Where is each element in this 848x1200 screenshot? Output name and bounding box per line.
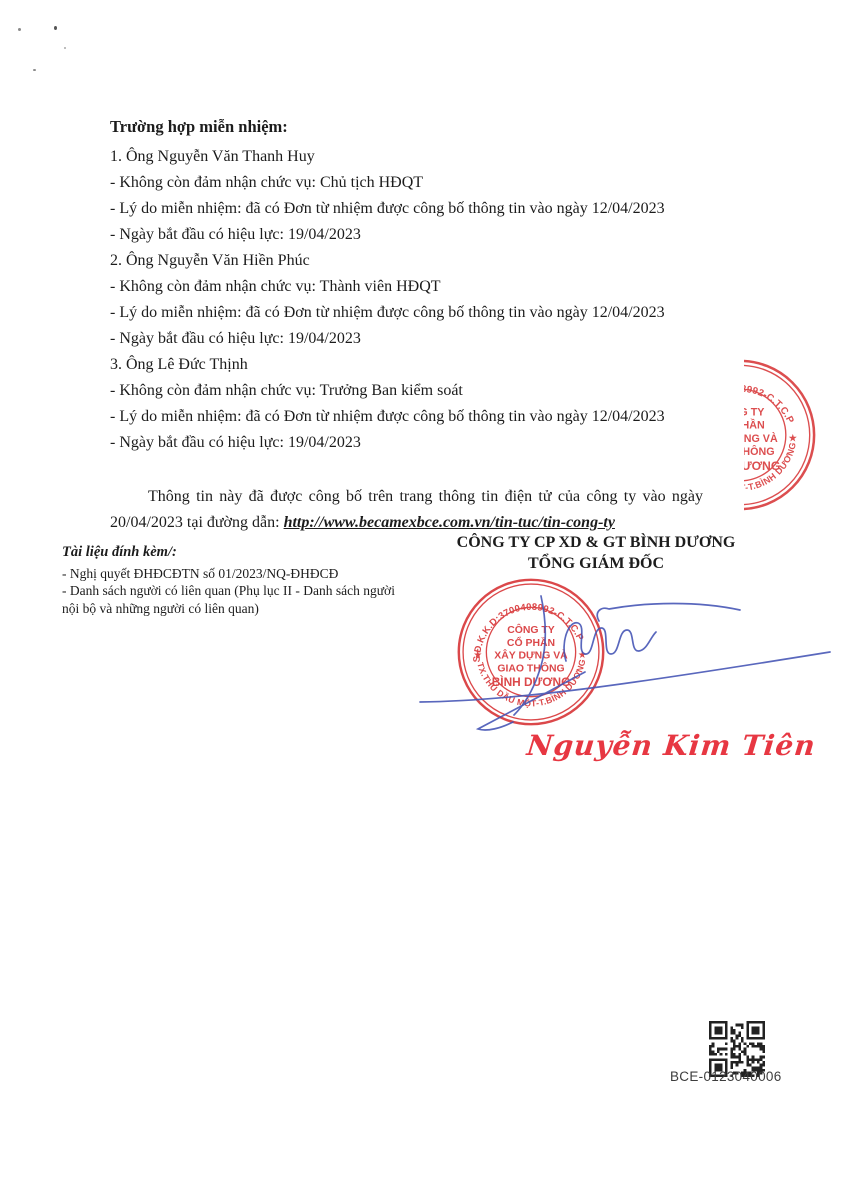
scan-speck [33,69,36,71]
scan-speck [54,26,57,30]
seal-star-left-icon: ★ [474,650,483,660]
attachments-title: Tài liệu đính kèm/: [62,544,406,562]
attachment-item: - Nghị quyết ĐHĐCĐTN số 01/2023/NQ-ĐHĐCĐ [62,565,406,583]
case-line: - Lý do miễn nhiệm: đã có Đơn từ nhiệm đ… [110,404,758,430]
svg-text:XÂY DỰNG VÀ: XÂY DỰNG VÀ [494,649,568,662]
svg-text:BÌNH DƯƠNG: BÌNH DƯƠNG [744,458,780,473]
svg-text:GIAO THÔNG: GIAO THÔNG [497,661,564,674]
attachments-block: Tài liệu đính kèm/: - Nghị quyết ĐHĐCĐTN… [62,544,406,617]
case-line: - Không còn đảm nhận chức vụ: Chủ tịch H… [110,170,758,196]
case-name: 3. Ông Lê Đức Thịnh [110,352,758,378]
attachment-item: - Danh sách người có liên quan (Phụ lục … [62,582,406,617]
signer-role-heading: TỔNG GIÁM ĐỐC [450,553,742,574]
case-line: - Không còn đảm nhận chức vụ: Trưởng Ban… [110,378,758,404]
qr-label: BCE-0123040006 [670,1069,782,1084]
seal-fragment-stamp: S.Đ.K.K.D:3700408992-C.T.C.P TX.THỦ DẦU … [744,357,824,513]
case-name: 1. Ông Nguyễn Văn Thanh Huy [110,144,758,170]
dismissal-section: Trường hợp miễn nhiệm: 1. Ông Nguyễn Văn… [110,114,758,456]
company-seal-stamp: S.Đ.K.K.D:3700408992-C.T.C.P TX.THỦ DẦU … [455,576,607,728]
case-line: - Ngày bắt đầu có hiệu lực: 19/04/2023 [110,326,758,352]
seal-star-right-icon: ★ [579,650,588,660]
announcement-line-1: Thông tin này đã được công bố trên trang… [110,484,758,510]
announcement-paragraph: Thông tin này đã được công bố trên trang… [110,484,758,535]
seal-star-right-icon: ★ [789,433,798,443]
case-line: - Không còn đảm nhận chức vụ: Thành viên… [110,274,758,300]
svg-text:CÔNG TY: CÔNG TY [744,406,764,419]
case-name: 2. Ông Nguyễn Văn Hiền Phúc [110,248,758,274]
company-name-heading: CÔNG TY CP XD & GT BÌNH DƯƠNG [450,532,742,553]
signer-name-script: Nguyễn Kim Tiên [525,729,817,762]
scan-speck [18,28,21,31]
svg-text:XÂY DỰNG VÀ: XÂY DỰNG VÀ [744,432,778,445]
case-line: - Lý do miễn nhiệm: đã có Đơn từ nhiệm đ… [110,196,758,222]
case-line: - Ngày bắt đầu có hiệu lực: 19/04/2023 [110,430,758,456]
signing-header: CÔNG TY CP XD & GT BÌNH DƯƠNG TỔNG GIÁM … [450,532,742,574]
svg-text:CÔNG TY: CÔNG TY [507,623,555,636]
website-url-link[interactable]: http://www.becamexbce.com.vn/tin-tuc/tin… [284,514,615,531]
announcement-date-prefix: 20/04/2023 tại đường dẫn: [110,514,284,531]
svg-text:GIAO THÔNG: GIAO THÔNG [744,445,775,458]
case-line: - Ngày bắt đầu có hiệu lực: 19/04/2023 [110,222,758,248]
case-line: - Lý do miễn nhiệm: đã có Đơn từ nhiệm đ… [110,300,758,326]
scanned-document-page: Trường hợp miễn nhiệm: 1. Ông Nguyễn Văn… [0,0,848,1200]
section-title: Trường hợp miễn nhiệm: [110,114,758,140]
svg-text:BÌNH DƯƠNG: BÌNH DƯƠNG [492,674,571,689]
scan-speck [64,47,66,49]
svg-text:CỔ PHẦN: CỔ PHẦN [744,419,765,432]
svg-text:CỔ PHẦN: CỔ PHẦN [507,636,555,649]
